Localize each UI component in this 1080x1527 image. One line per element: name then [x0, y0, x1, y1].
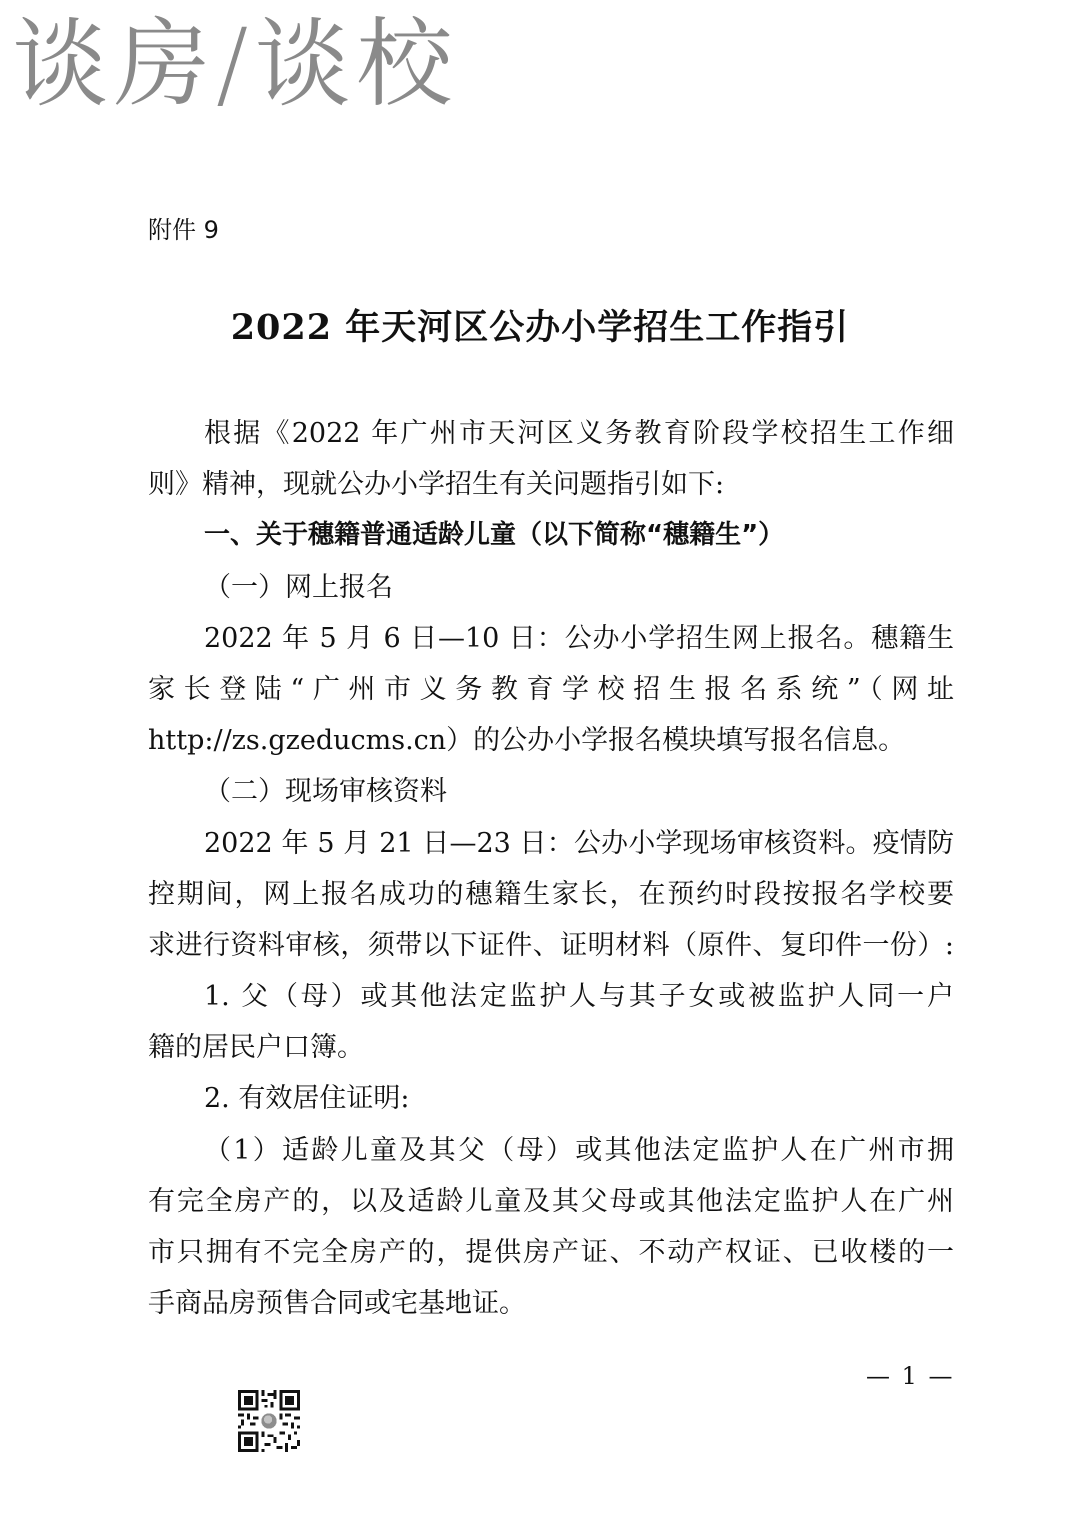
paragraph-line: 求进行资料审核，须带以下证件、证明材料（原件、复印件一份）: [148, 920, 954, 971]
qr-code-icon [238, 1390, 300, 1452]
watermark-text: 谈房/谈校 [12, 8, 458, 120]
list-item-line: 籍的居民户口簿。 [148, 1022, 954, 1073]
page-number: — 1 — [866, 1358, 955, 1394]
paragraph-line: 根据《2022 年广州市天河区义务教育阶段学校招生工作细 [148, 408, 954, 459]
sub-item-line: 市只拥有不完全房产的，提供房产证、不动产权证、已收楼的一 [148, 1227, 954, 1278]
subsection-heading: （二）现场审核资料 [148, 766, 954, 817]
paragraph-line: 2022 年 5 月 21 日—23 日：公办小学现场审核资料。疫情防 [148, 818, 954, 869]
sub-item-line: 有完全房产的，以及适龄儿童及其父母或其他法定监护人在广州 [148, 1176, 954, 1227]
paragraph-line: 2022 年 5 月 6 日—10 日：公办小学招生网上报名。穗籍生 [148, 613, 954, 664]
paragraph-line-url: http://zs.gzeducms.cn）的公办小学报名模块填写报名信息。 [148, 715, 954, 766]
document-title: 2022 年天河区公办小学招生工作指引 [0, 302, 1080, 354]
attachment-label: 附件 9 [148, 212, 219, 248]
paragraph-line: 控期间，网上报名成功的穗籍生家长，在预约时段按报名学校要 [148, 869, 954, 920]
section-heading: 一、关于穗籍普通适龄儿童（以下简称“穗籍生”） [148, 510, 954, 561]
sub-item-line: （1）适龄儿童及其父（母）或其他法定监护人在广州市拥 [148, 1125, 954, 1176]
document-body: 根据《2022 年广州市天河区义务教育阶段学校招生工作细 则》精神，现就公办小学… [148, 408, 954, 1329]
sub-item-line: 手商品房预售合同或宅基地证。 [148, 1278, 954, 1329]
list-item-line: 1. 父（母）或其他法定监护人与其子女或被监护人同一户 [148, 971, 954, 1022]
subsection-heading: （一）网上报名 [148, 562, 954, 613]
list-item-line: 2. 有效居住证明: [148, 1073, 954, 1124]
paragraph-line: 则》精神，现就公办小学招生有关问题指引如下: [148, 459, 954, 510]
paragraph-line: 家长登陆“广州市义务教育学校招生报名系统”（网址 [148, 664, 954, 715]
